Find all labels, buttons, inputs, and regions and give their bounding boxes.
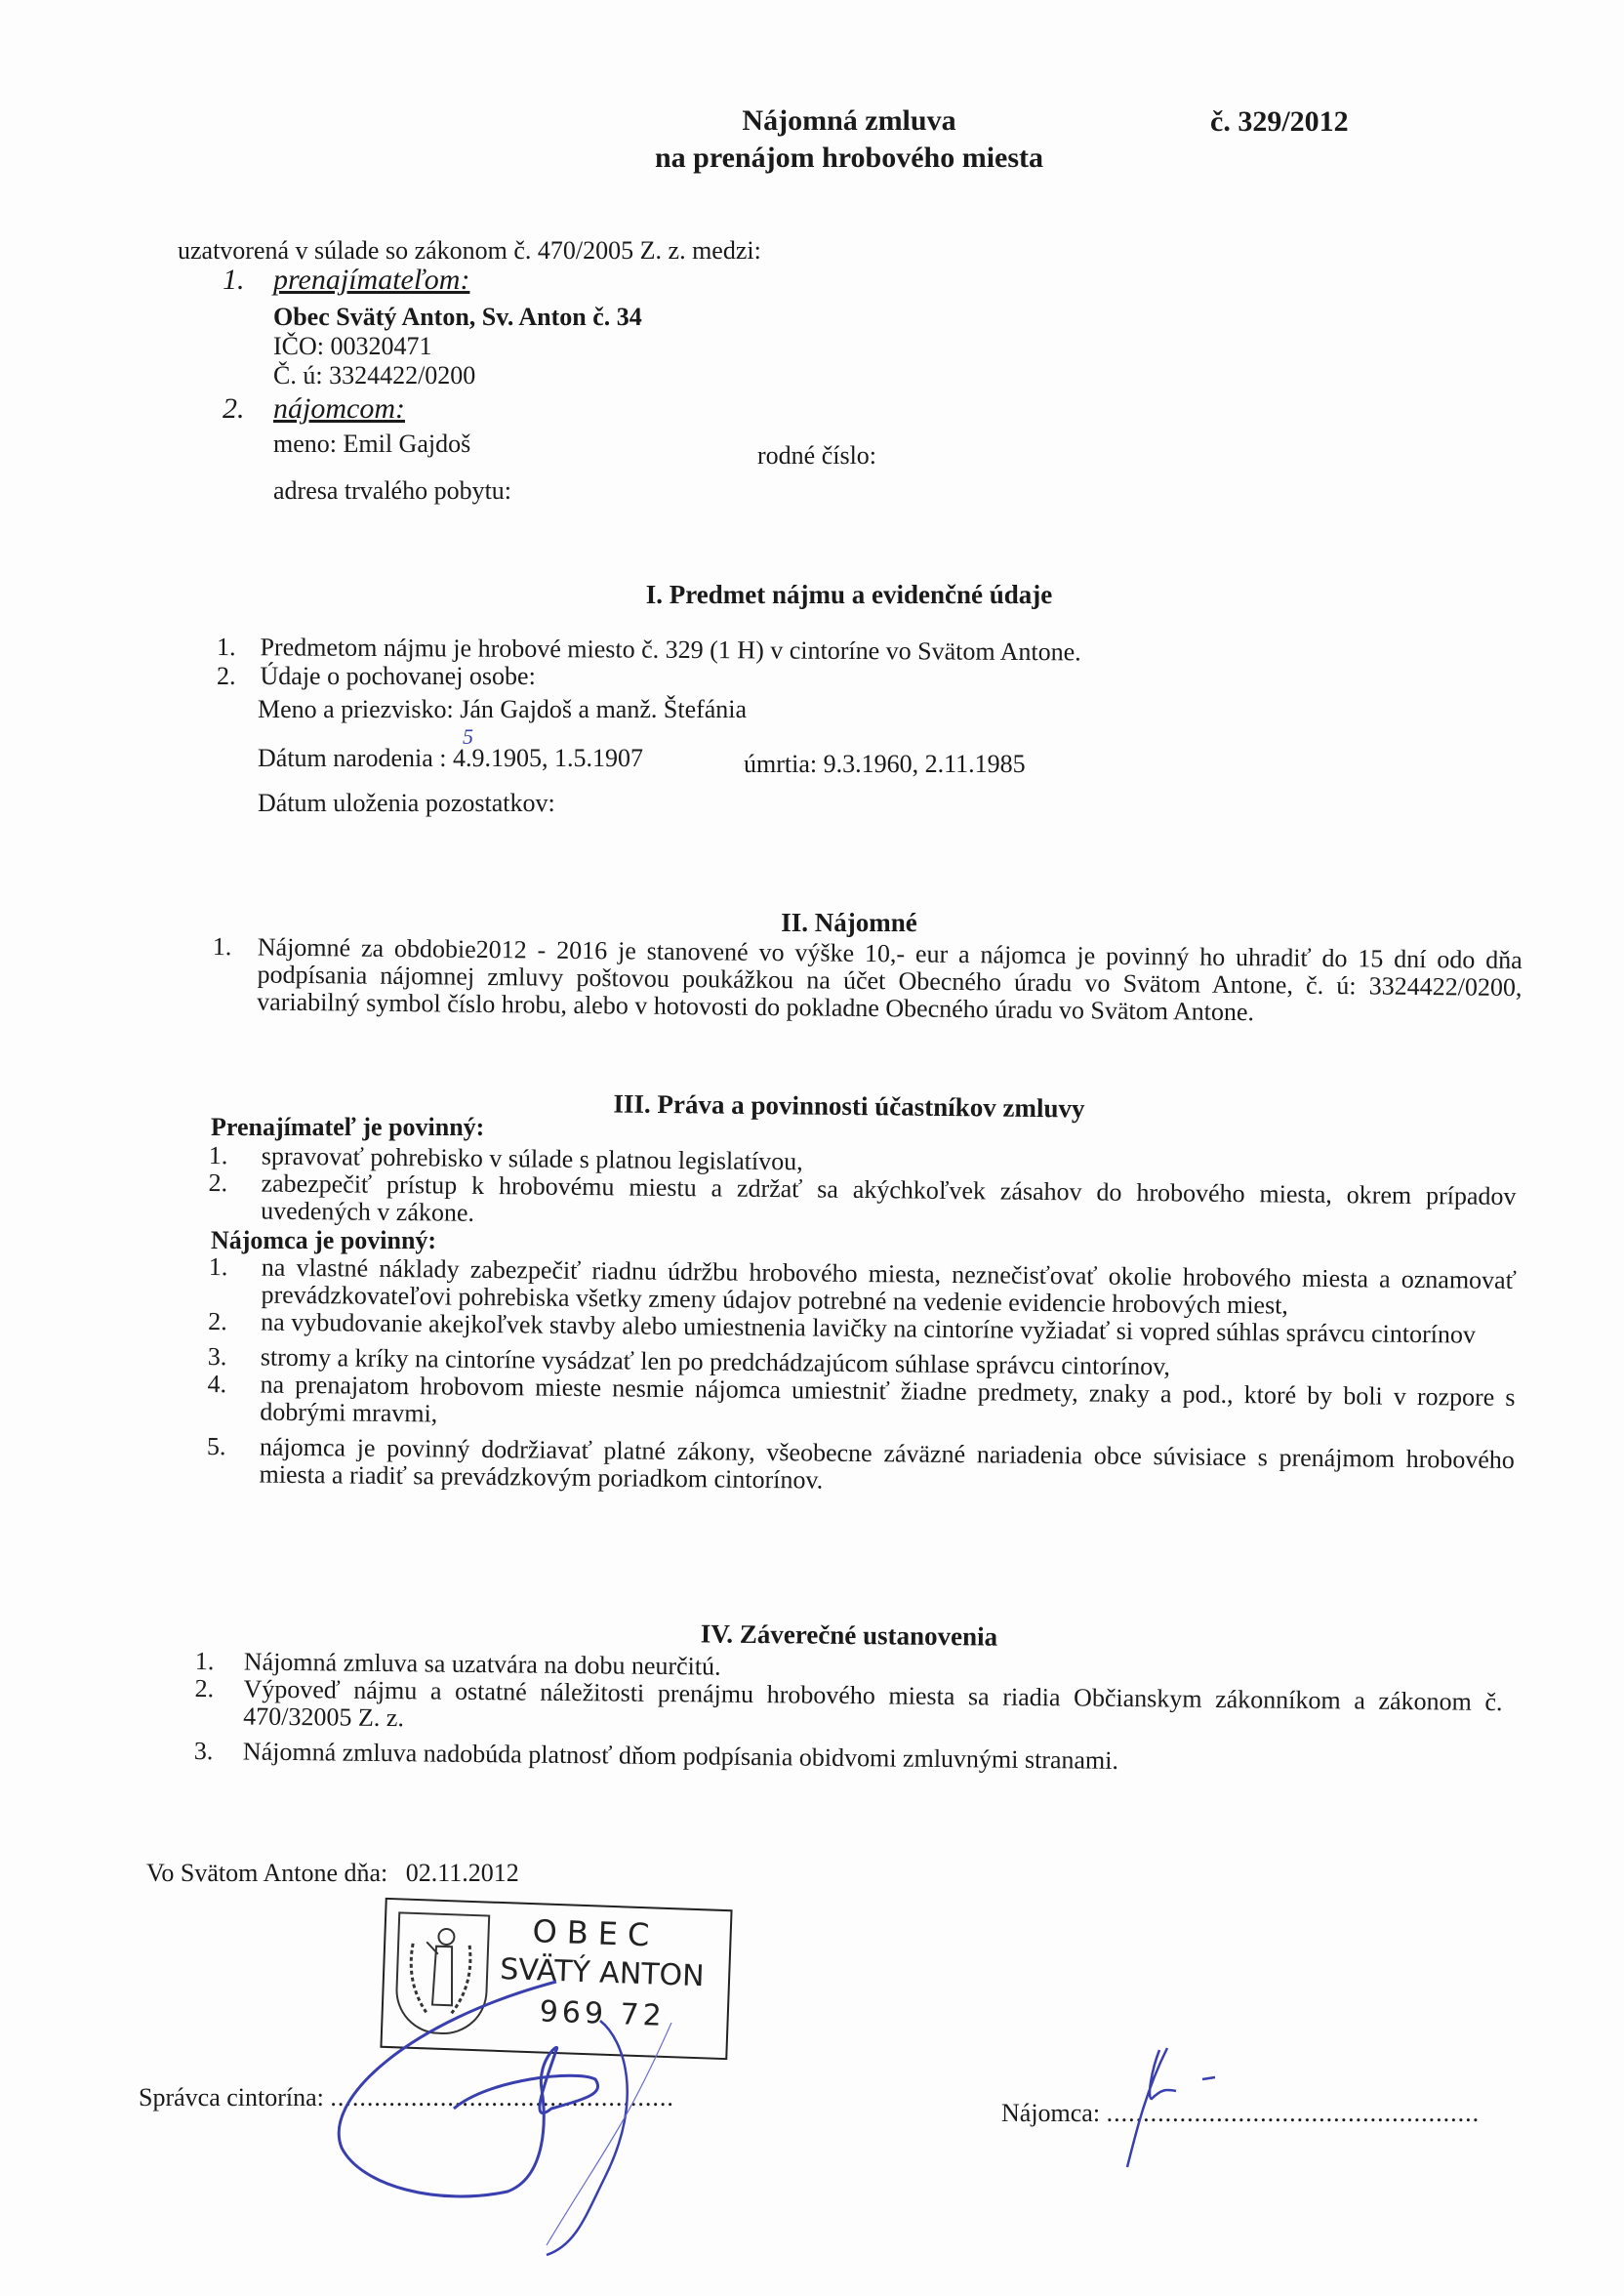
manager-signature-icon (0, 0, 1624, 2296)
